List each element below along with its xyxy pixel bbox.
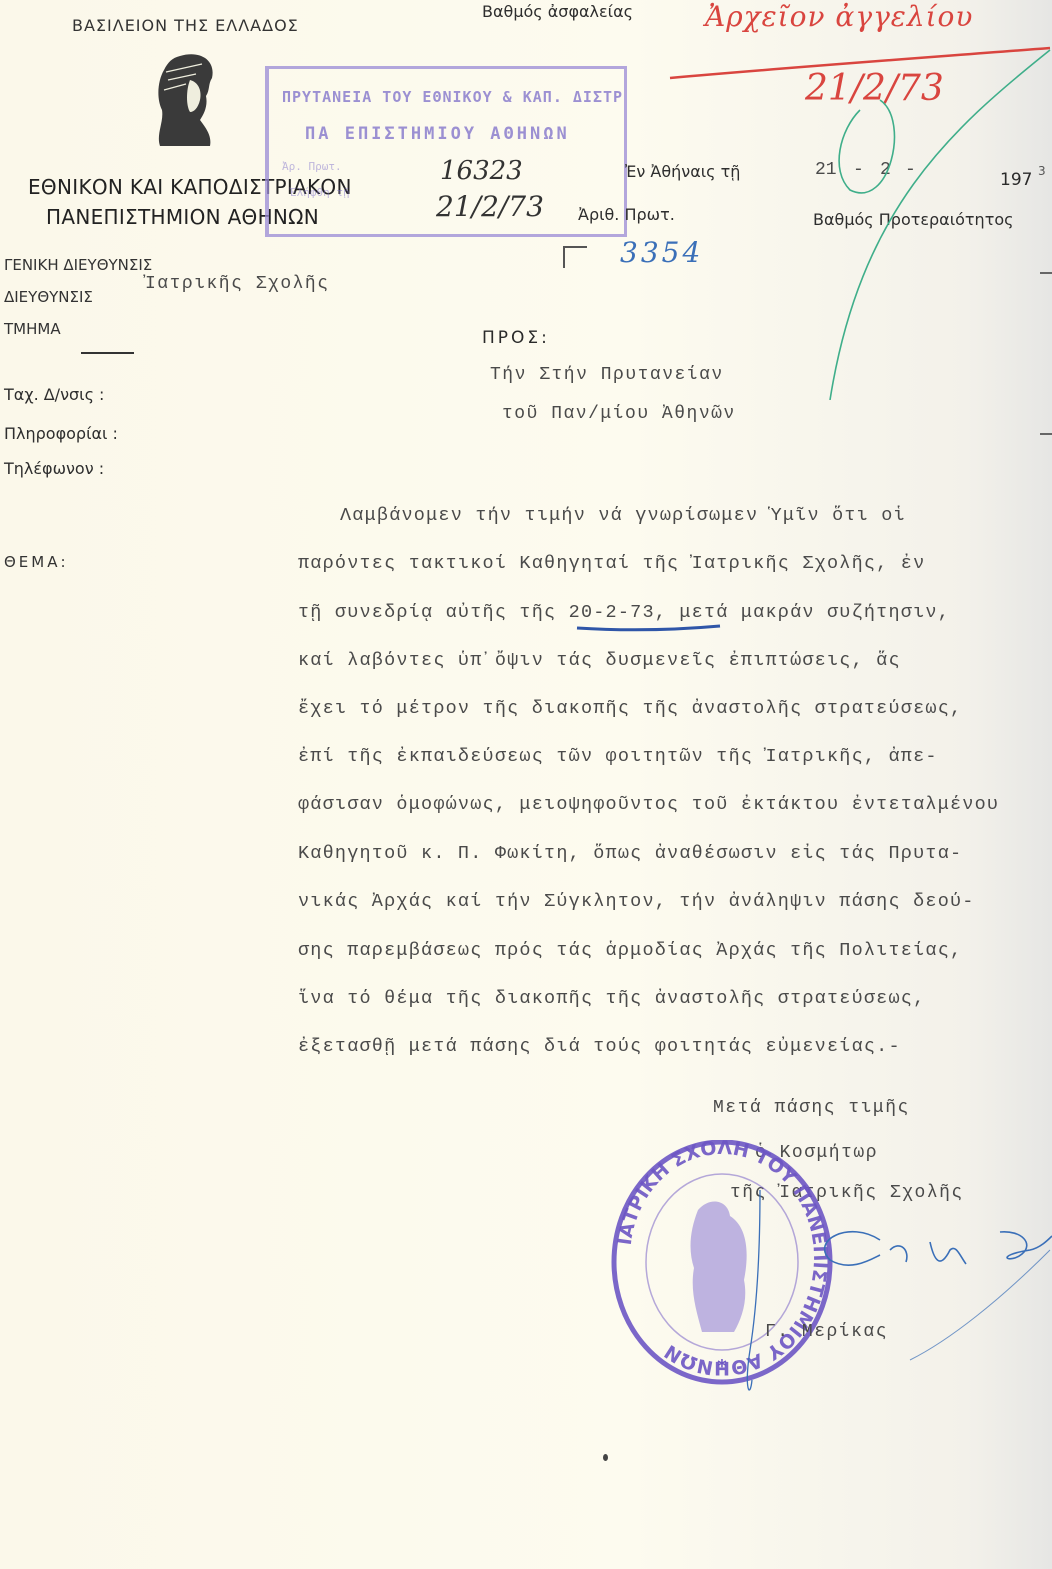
received-stamp-field2: Ἐλήφθη τῇ	[290, 186, 350, 199]
ink-speck	[603, 1454, 608, 1461]
subject-label: ΘΕΜΑ:	[4, 553, 69, 571]
closing-line1: Μετά πάσης τιμῆς	[713, 1098, 910, 1118]
athena-emblem-icon	[150, 50, 222, 150]
body-line-8: Καθηγητοῦ κ. Π. Φωκίτη, ὅπως ἀναθέσωσιν …	[298, 843, 962, 864]
body-line-10: σης παρεμβάσεως πρός τάς ἁρμοδίας Ἀρχάς …	[298, 940, 962, 961]
body-line-11: ἵνα τό θέμα τῆς διακοπῆς τῆς ἀναστολῆς σ…	[298, 988, 925, 1009]
body-line-4: καί λαβόντες ὑπ᾽ὄψιν τάς δυσμενεῖς ἐπιπτ…	[298, 650, 901, 671]
to-label: ΠΡΟΣ:	[482, 328, 550, 348]
svg-text:*: *	[717, 1356, 727, 1377]
blue-date-underline	[575, 622, 725, 634]
protocol-number-value: 3354	[620, 236, 703, 269]
information-label: Πληροφορίαι :	[4, 424, 118, 443]
protocol-bracket-horizontal	[563, 246, 587, 248]
received-stamp-line2: ΠΑ ΕΠΙΣΤΗΜΙΟΥ ΑΘΗΝΩΝ	[305, 124, 570, 144]
kingdom-heading: ΒΑΣΙΛΕΙΟΝ ΤΗΣ ΕΛΛΑΔΟΣ	[72, 16, 299, 35]
recipient-line1: Τήν Στήν Πρυτανείαν	[490, 365, 724, 385]
telephone-label: Τηλέφωνον :	[4, 459, 104, 478]
body-line-12: ἐξετασθῇ μετά πάσης διά τούς φοιτητάς εὐ…	[298, 1036, 901, 1057]
received-stamp-field1: Ἀρ. Πρωτ.	[282, 160, 342, 173]
dean-signature-scribble	[730, 1180, 1052, 1410]
directorate-label: ΔΙΕΥΘΥΝΣΙΣ	[4, 288, 93, 306]
body-line-3: τῇ συνεδρίᾳ αὐτῆς τῆς 20-2-73, μετά μακρ…	[298, 602, 950, 623]
stamp-handwritten-number: 16323	[440, 156, 523, 186]
section-label: ΤΜΗΜΑ	[4, 320, 61, 338]
received-stamp-line1: ΠΡΥΤΑΝΕΙΑ ΤΟΥ ΕΘΝΙΚΟΥ & ΚΑΠ. ΔΙΣΤΡ	[282, 88, 623, 106]
recipient-line2: τοῦ Παν/μίου Ἀθηνῶν	[502, 404, 736, 424]
general-directorate-label: ΓΕΝΙΚΗ ΔΙΕΥΘΥΝΣΙΣ	[4, 256, 152, 274]
postal-address-label: Ταχ. Δ/νσις :	[4, 385, 104, 404]
section-rule	[81, 352, 134, 354]
body-line-7: φάσισαν ὁμοφώνως, μειοψηφοῦντος τοῦ ἐκτά…	[298, 794, 999, 815]
body-line-6: ἐπί τῆς ἐκπαιδεύσεως τῶν φοιτητῶν τῆς Ἰα…	[298, 746, 938, 767]
body-line-1: Λαμβάνομεν τήν τιμήν νά γνωρίσωμεν Ὑμῖν …	[340, 505, 906, 526]
green-pen-stroke	[790, 40, 1052, 400]
body-line-5: ἔχει τό μέτρον τῆς διακοπῆς τῆς ἀναστολῆ…	[298, 698, 962, 719]
place-date-label: Ἐν Ἀθήναις τῇ	[625, 162, 740, 181]
security-grade-label: Βαθμός ἀσφαλείας	[482, 2, 633, 21]
body-line-9: νικάς Ἀρχάς καί τήν Σύγκλητον, τήν ἀνάλη…	[298, 891, 975, 912]
directorate-value: Ἰατρικῆς Σχολῆς	[145, 274, 330, 294]
red-handwritten-note: Ἀρχεῖον ἀγγελίου	[705, 0, 973, 33]
document-page: ΒΑΣΙΛΕΙΟΝ ΤΗΣ ΕΛΛΑΔΟΣ ΕΘΝΙΚΟΝ ΚΑΙ ΚΑΠΟΔΙ…	[0, 0, 1052, 1569]
stamp-handwritten-date: 21/2/73	[436, 190, 544, 223]
protocol-bracket-vertical	[563, 246, 565, 268]
protocol-number-label: Ἀριθ. Πρωτ.	[578, 205, 675, 224]
dean-name: Γ. Μερίκας	[765, 1322, 888, 1342]
body-line-2: παρόντες τακτικοί Καθηγηταί τῆς Ἰατρικῆς…	[298, 553, 925, 574]
margin-tick-1	[1040, 433, 1052, 435]
margin-tick-2	[1040, 272, 1052, 274]
